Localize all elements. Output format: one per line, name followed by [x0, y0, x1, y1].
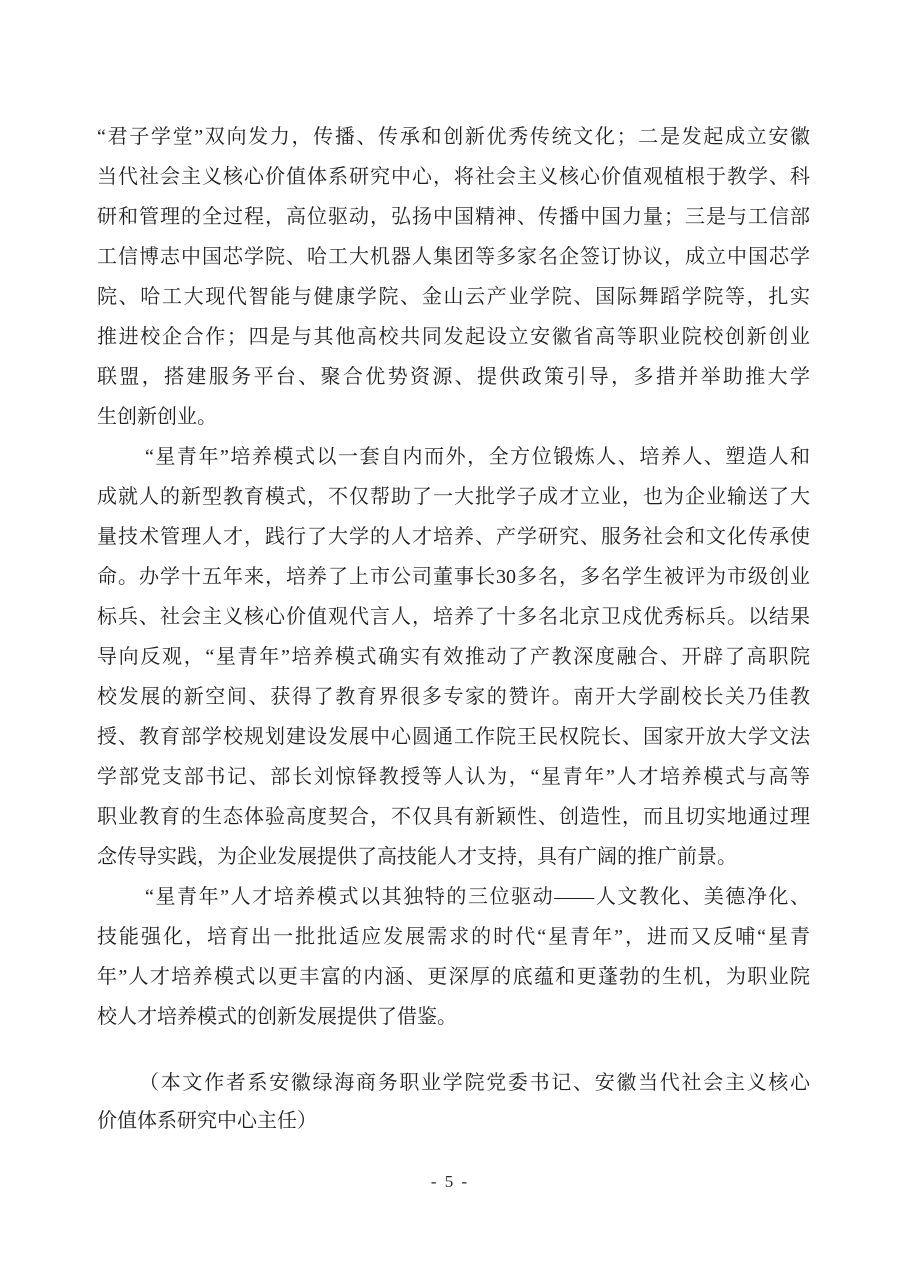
text-line: 年”人才培养模式以更丰富的内涵、更深厚的底蕴和更蓬勃的生机，为职业院: [97, 957, 810, 997]
author-note: （本文作者系安徽绿海商务职业学院党委书记、安徽当代社会主义核心 价值体系研究中心…: [97, 1064, 810, 1140]
text-line: 技能强化，培育出一批批适应发展需求的时代“星青年”，进而又反哺“星青: [97, 917, 810, 957]
paragraph-3: “星青年”人才培养模式以其独特的三位驱动——人文教化、美德净化、 技能强化，培育…: [97, 877, 810, 1037]
text-line: 命。办学十五年来，培养了上市公司董事长30多名，多名学生被评为市级创业: [97, 557, 810, 597]
text-line: 成就人的新型教育模式，不仅帮助了一大批学子成才立业，也为企业输送了大: [97, 477, 810, 517]
text-line: 量技术管理人才，践行了大学的人才培养、产学研究、服务社会和文化传承使: [97, 517, 810, 557]
text-line: “君子学堂”双向发力，传播、传承和创新优秀传统文化；二是发起成立安徽: [97, 117, 810, 157]
text-line: 标兵、社会主义核心价值观代言人，培养了十多名北京卫戍优秀标兵。以结果: [97, 597, 810, 637]
page-number: - 5 -: [0, 1172, 900, 1192]
text-line: 导向反观，“星青年”培养模式确实有效推动了产教深度融合、开辟了高职院: [97, 637, 810, 677]
text-line: 院、哈工大现代智能与健康学院、金山云产业学院、国际舞蹈学院等，扎实: [97, 277, 810, 317]
text-line: “星青年”培养模式以一套自内而外，全方位锻炼人、培养人、塑造人和: [97, 437, 810, 477]
text-line: 学部党支部书记、部长刘惊铎教授等人认为，“星青年”人才培养模式与高等: [97, 757, 810, 797]
text-line: 工信博志中国芯学院、哈工大机器人集团等多家名企签订协议，成立中国芯学: [97, 237, 810, 277]
text-line: 校人才培养模式的创新发展提供了借鉴。: [97, 997, 810, 1037]
paragraph-1: “君子学堂”双向发力，传播、传承和创新优秀传统文化；二是发起成立安徽 当代社会主…: [97, 117, 810, 437]
text-line: 推进校企合作；四是与其他高校共同发起设立安徽省高等职业院校创新创业: [97, 317, 810, 357]
text-line: 当代社会主义核心价值体系研究中心，将社会主义核心价值观植根于教学、科: [97, 157, 810, 197]
paragraph-2: “星青年”培养模式以一套自内而外，全方位锻炼人、培养人、塑造人和 成就人的新型教…: [97, 437, 810, 877]
text-line: 联盟，搭建服务平台、聚合优势资源、提供政策引导，多措并举助推大学: [97, 357, 810, 397]
text-line: 研和管理的全过程，高位驱动，弘扬中国精神、传播中国力量；三是与工信部: [97, 197, 810, 237]
text-line: 授、教育部学校规划建设发展中心圆通工作院王民权院长、国家开放大学文法: [97, 717, 810, 757]
text-line: 价值体系研究中心主任）: [97, 1102, 810, 1140]
text-line: 职业教育的生态体验高度契合，不仅具有新颖性、创造性，而且切实地通过理: [97, 797, 810, 837]
text-line: 念传导实践，为企业发展提供了高技能人才支持，具有广阔的推广前景。: [97, 837, 810, 877]
text-line: （本文作者系安徽绿海商务职业学院党委书记、安徽当代社会主义核心: [97, 1064, 810, 1102]
text-line: “星青年”人才培养模式以其独特的三位驱动——人文教化、美德净化、: [97, 877, 810, 917]
text-line: 校发展的新空间、获得了教育界很多专家的赞许。南开大学副校长关乃佳教: [97, 677, 810, 717]
text-line: 生创新创业。: [97, 397, 810, 437]
document-page: “君子学堂”双向发力，传播、传承和创新优秀传统文化；二是发起成立安徽 当代社会主…: [0, 0, 900, 1273]
document-body: “君子学堂”双向发力，传播、传承和创新优秀传统文化；二是发起成立安徽 当代社会主…: [97, 117, 810, 1140]
